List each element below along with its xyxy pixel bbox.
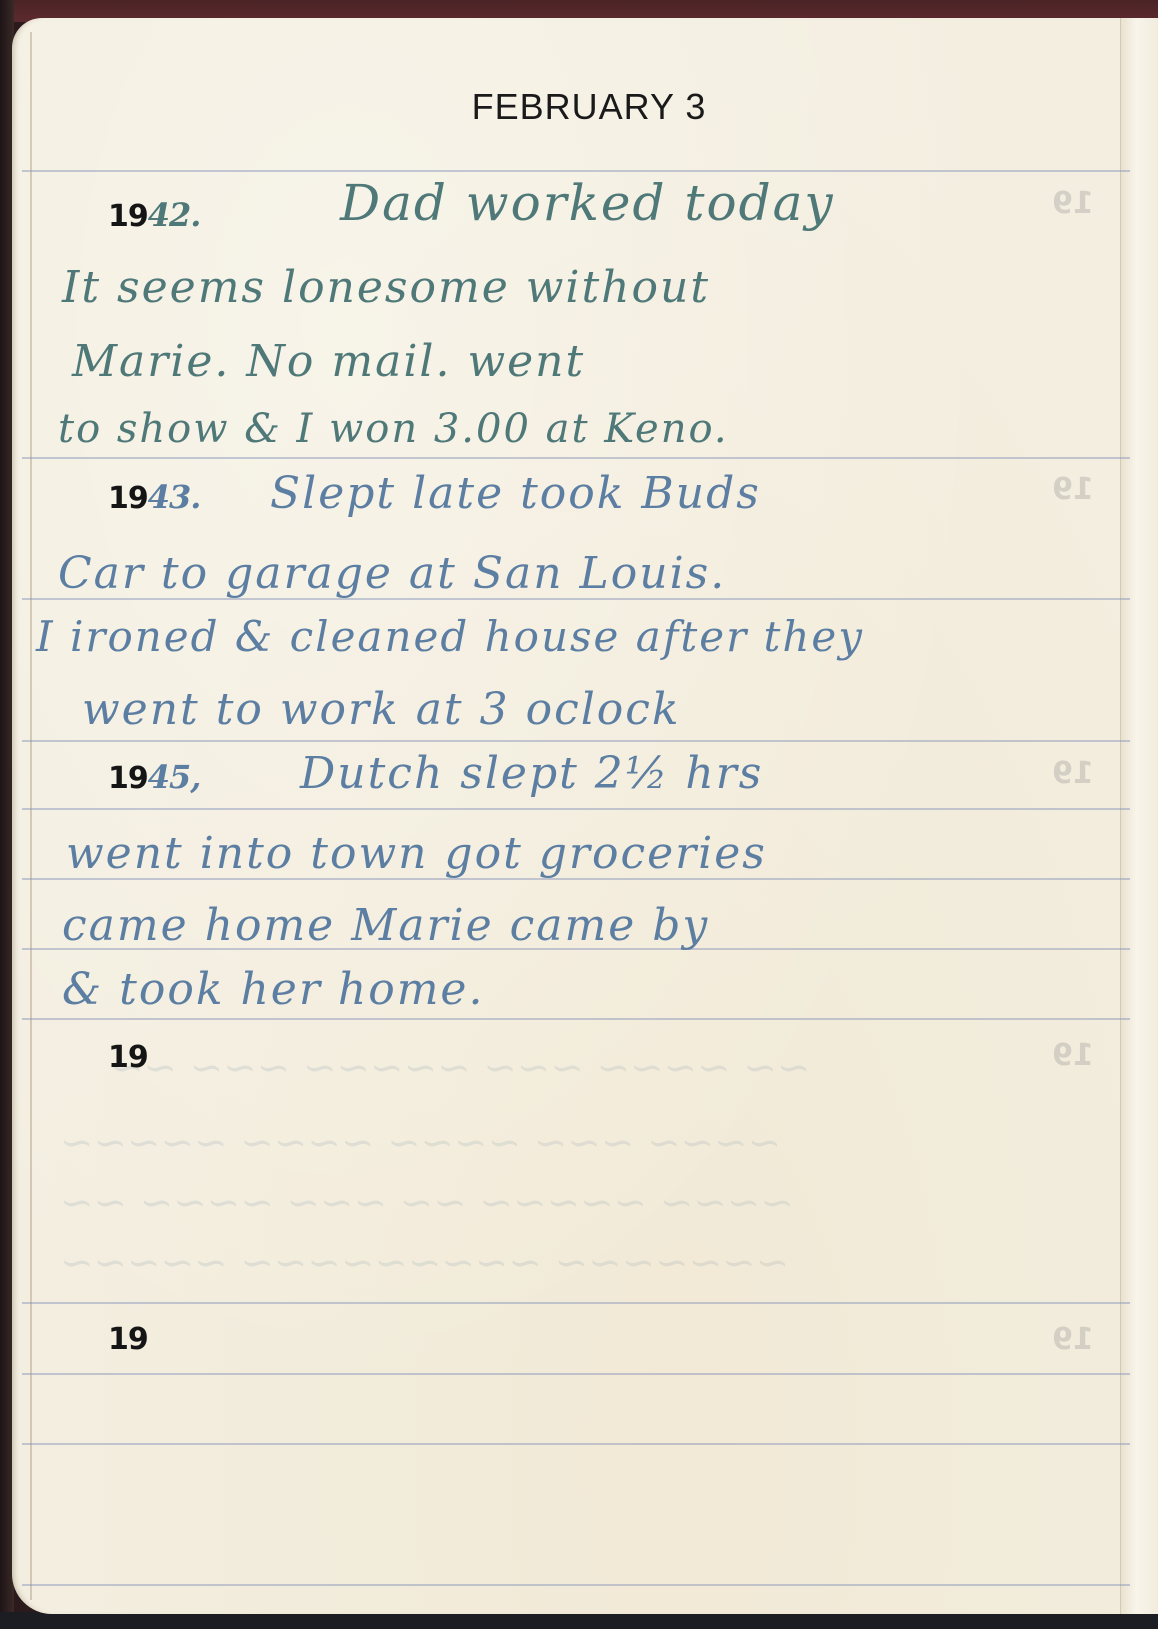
ruled-line <box>22 1373 1130 1375</box>
handwritten-year-suffix: 42. <box>148 196 201 234</box>
entry-line: & took her home. <box>62 964 484 1015</box>
ruled-line <box>22 1443 1130 1445</box>
entry-line: to show & I won 3.00 at Keno. <box>58 406 729 452</box>
printed-year-prefix: 1945, <box>108 758 200 796</box>
page-date-heading: FEBRUARY 3 <box>10 86 1158 128</box>
ruled-line <box>22 808 1130 810</box>
printed-year-prefix: 1943. <box>108 478 200 516</box>
printed-year-prefix: 1942. <box>108 196 200 234</box>
ghost-year-label: 19 <box>1052 1322 1094 1357</box>
diary-cover-bottom-edge <box>0 1612 1158 1629</box>
entry-line: I ironed & cleaned house after they <box>36 612 864 661</box>
entry-line: went into town got groceries <box>66 828 767 879</box>
printed-year-prefix: 19 <box>108 1040 148 1075</box>
entry-line: Car to garage at San Louis. <box>58 548 726 599</box>
entry-line: It seems lonesome without <box>62 262 710 313</box>
ruled-line <box>22 170 1130 172</box>
ghost-year-label: 19 <box>1052 1038 1094 1073</box>
entry-line: Marie. No mail. went <box>72 336 585 387</box>
ghost-year-label: 19 <box>1052 756 1094 791</box>
ruled-line <box>22 457 1130 459</box>
entry-line: Slept late took Buds <box>270 468 761 519</box>
reverse-side-bleed-through: ~~ ~~~~ ~~~ ~~~~~ ~~~ ~~ <box>110 1045 810 1091</box>
ruled-line <box>22 1018 1130 1020</box>
reverse-side-bleed-through: ~~~~ ~~~ ~~~~ ~~~~ ~~~~~ <box>60 1120 781 1166</box>
ruled-line <box>22 740 1130 742</box>
ruled-line <box>22 1302 1130 1304</box>
reverse-side-bleed-through: ~~~~~~~ ~~~~~~~~~ ~~~~~ <box>60 1240 789 1286</box>
handwritten-year-suffix: 45, <box>148 758 201 796</box>
ghost-year-label: 19 <box>1052 472 1094 507</box>
page-edge-line <box>30 32 32 1600</box>
entry-line: Dutch slept 2½ hrs <box>300 748 763 799</box>
handwritten-year-suffix: 43. <box>148 478 201 516</box>
entry-line: went to work at 3 oclock <box>82 684 681 735</box>
entry-line: came home Marie came by <box>62 900 709 951</box>
ghost-year-label: 19 <box>1052 186 1094 221</box>
printed-year-prefix: 19 <box>108 1322 148 1357</box>
reverse-side-bleed-through: ~~~~ ~~~~~ ~~ ~~~ ~~~~ ~~ <box>60 1180 794 1226</box>
ruled-line <box>22 1584 1130 1586</box>
entry-line: Dad worked today <box>340 174 835 232</box>
